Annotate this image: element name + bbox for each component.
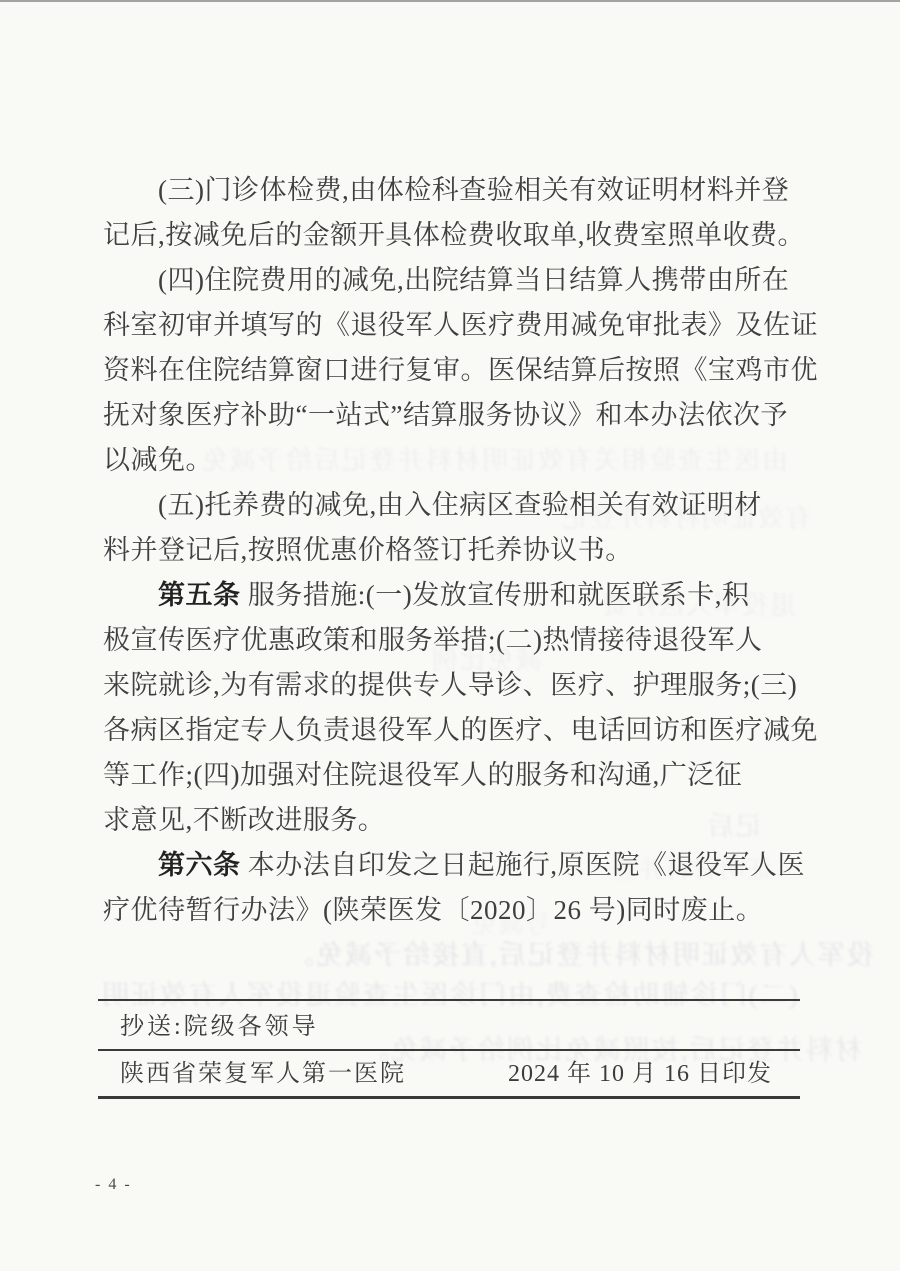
- body-line: 以减免。: [103, 438, 803, 483]
- page-number: - 4 -: [95, 1176, 132, 1194]
- footer-print-date: 2024 年 10 月 16 日印发: [508, 1055, 772, 1093]
- document-body: (三)门诊体检费,由体检科查验相关有效证明材料并登记后,按减免后的金额开具体检费…: [103, 168, 803, 933]
- body-line: 等工作;(四)加强对住院退役军人的服务和沟通,广泛征: [103, 753, 803, 798]
- body-line: 疗优待暂行办法》(陕荣医发〔2020〕26 号)同时废止。: [103, 888, 803, 933]
- body-text-segment: (三)门诊体检费,由体检科查验相关有效证明材料并登: [103, 175, 789, 205]
- article-heading-text: 第五条: [158, 580, 241, 610]
- footer-rule-middle: [98, 1049, 800, 1051]
- footer-copy-to: 抄送:院级各领导: [98, 1008, 800, 1046]
- bleedthrough-line: (二)门诊辅助检查费,由门诊医生查验退役军人有效证明: [100, 973, 798, 1012]
- body-line: 科室初审并填写的《退役军人医疗费用减免审批表》及佐证: [103, 303, 803, 348]
- article-heading-text: 第六条: [158, 850, 241, 880]
- body-line: (四)住院费用的减免,出院结算当日结算人携带由所在: [103, 258, 803, 303]
- body-line: 抚对象医疗补助“一站式”结算服务协议》和本办法依次予: [103, 393, 803, 438]
- body-text-segment: 疗优待暂行办法》(陕荣医发〔2020〕26 号)同时废止。: [103, 895, 763, 925]
- body-text-segment: (五)托养费的减免,由入住病区查验相关有效证明材: [103, 490, 762, 520]
- footer-rule-top: [98, 999, 800, 1001]
- body-line: 来院就诊,为有需求的提供专人导诊、医疗、护理服务;(三): [103, 663, 803, 708]
- body-text-segment: 记后,按减免后的金额开具体检费收取单,收费室照单收费。: [103, 220, 805, 250]
- body-line: 极宣传医疗优惠政策和服务举措;(二)热情接待退役军人: [103, 618, 803, 663]
- body-line: 料并登记后,按照优惠价格签订托养协议书。: [103, 528, 803, 573]
- footer-rule-bottom: [98, 1096, 800, 1099]
- footer-issuer-row: 陕西省荣复军人第一医院 2024 年 10 月 16 日印发: [98, 1055, 800, 1093]
- body-text-segment: 以减免。: [103, 445, 213, 475]
- scan-top-edge: [0, 0, 900, 2]
- body-line: 求意见,不断改进服务。: [103, 798, 803, 843]
- body-line: 第六条 本办法自印发之日起施行,原医院《退役军人医: [103, 843, 803, 888]
- body-text-segment: 极宣传医疗优惠政策和服务举措;(二)热情接待退役军人: [103, 625, 762, 655]
- footer-issuer: 陕西省荣复军人第一医院: [120, 1055, 406, 1093]
- body-text-segment: 求意见,不断改进服务。: [103, 805, 385, 835]
- body-line: (五)托养费的减免,由入住病区查验相关有效证明材: [103, 483, 803, 528]
- body-text-segment: 抚对象医疗补助“一站式”结算服务协议》和本办法依次予: [103, 400, 788, 430]
- body-line: 各病区指定专人负责退役军人的医疗、电话回访和医疗减免: [103, 708, 803, 753]
- body-text-segment: 料并登记后,按照优惠价格签订托养协议书。: [103, 535, 633, 565]
- body-text-segment: (四)住院费用的减免,出院结算当日结算人携带由所在: [103, 265, 789, 295]
- body-text-segment: [103, 580, 158, 610]
- body-line: (三)门诊体检费,由体检科查验相关有效证明材料并登: [103, 168, 803, 213]
- body-text-segment: 服务措施:(一)发放宣传册和就医联系卡,积: [241, 580, 750, 610]
- body-line: 资料在住院结算窗口进行复审。医保结算后按照《宝鸡市优: [103, 348, 803, 393]
- body-text-segment: 科室初审并填写的《退役军人医疗费用减免审批表》及佐证: [103, 310, 818, 340]
- body-text-segment: 本办法自印发之日起施行,原医院《退役军人医: [241, 850, 806, 880]
- body-text-segment: 来院就诊,为有需求的提供专人导诊、医疗、护理服务;(三): [103, 670, 797, 700]
- body-line: 记后,按减免后的金额开具体检费收取单,收费室照单收费。: [103, 213, 803, 258]
- bleedthrough-line: 役军人有效证明材料并登记后,直接给予减免。: [285, 933, 874, 972]
- body-line: 第五条 服务措施:(一)发放宣传册和就医联系卡,积: [103, 573, 803, 618]
- body-text-segment: [103, 850, 158, 880]
- document-page: 役军人有效证明材料并登记后,直接给予减免。(二)门诊辅助检查费,由门诊医生查验退…: [0, 0, 900, 1271]
- body-text-segment: 等工作;(四)加强对住院退役军人的服务和沟通,广泛征: [103, 760, 742, 790]
- body-text-segment: 各病区指定专人负责退役军人的医疗、电话回访和医疗减免: [103, 715, 818, 745]
- body-text-segment: 资料在住院结算窗口进行复审。医保结算后按照《宝鸡市优: [103, 355, 818, 385]
